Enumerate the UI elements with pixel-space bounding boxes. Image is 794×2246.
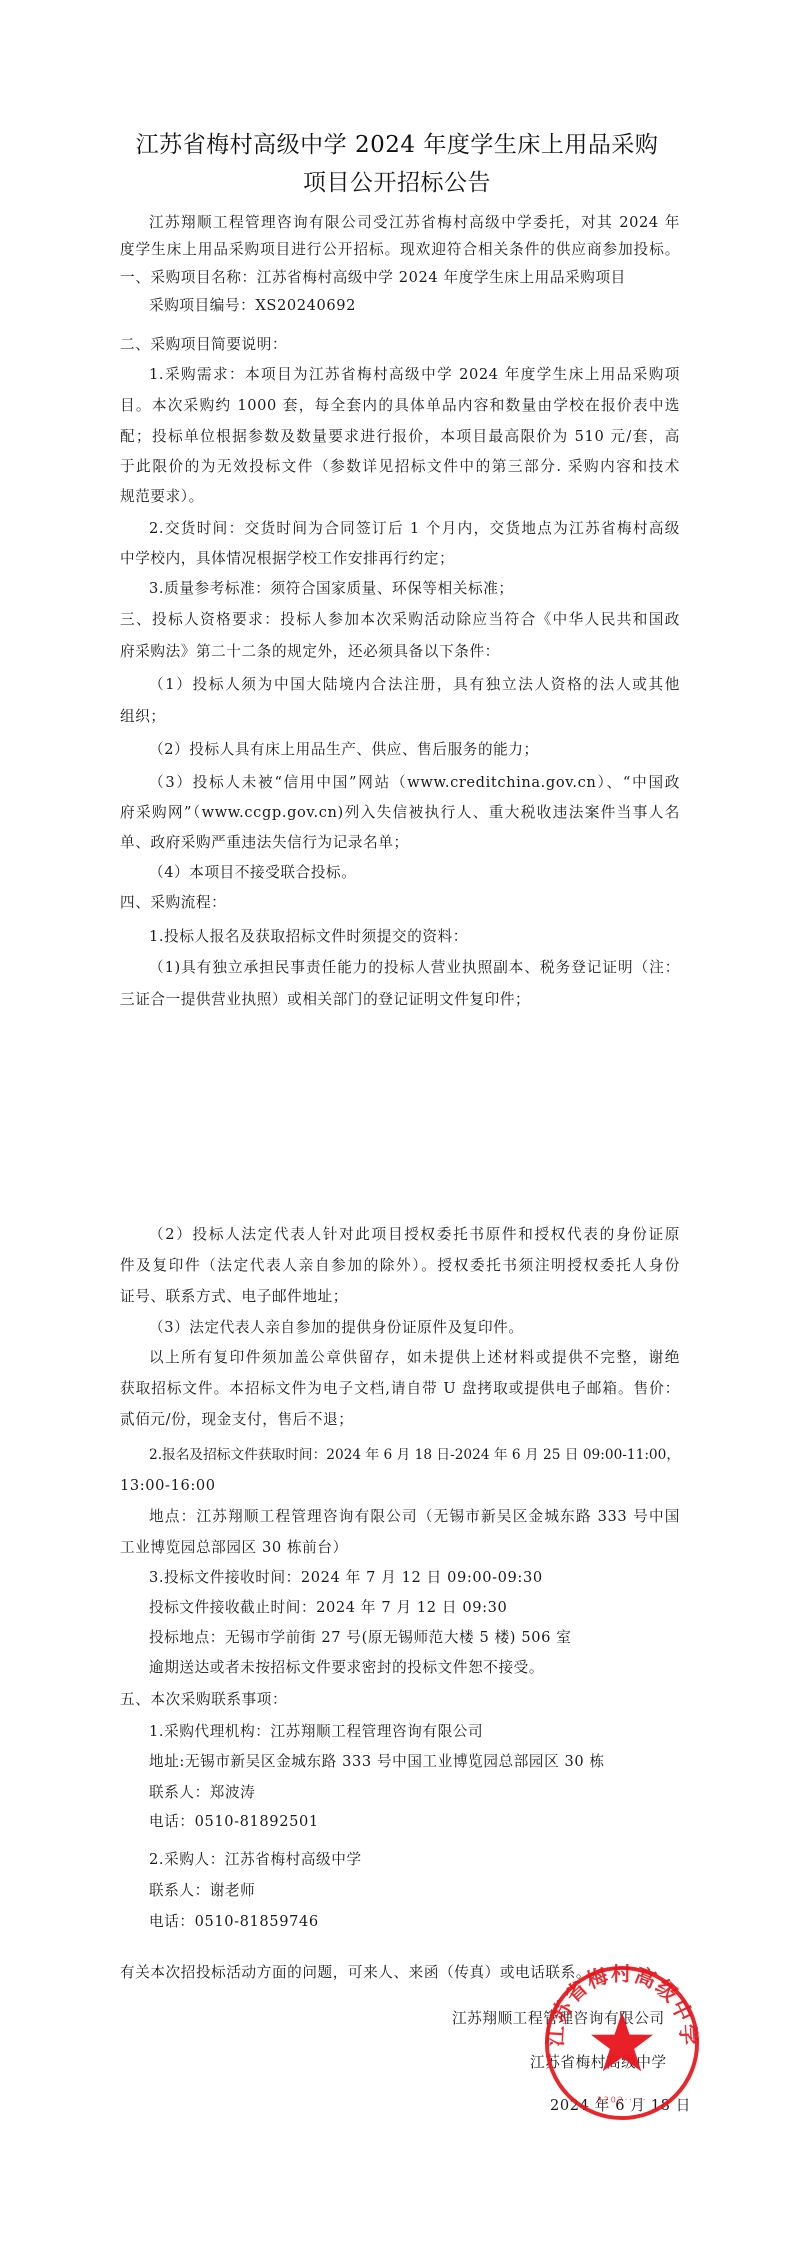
body-text-line: 2.报名及招标文件获取时间：2024 年 6 月 18 日-2024 年 6 月… [149,1445,680,1465]
page-title-line-2: 项目公开招标公告 [0,168,794,198]
body-text-line: 三、投标人资格要求：投标人参加本次采购活动除应当符合《中华人民共和国政 [120,610,680,630]
official-seal-stamp-icon: 江苏省梅村高级中学 3202····· [543,1964,701,2122]
body-text-line: （3）投标人未被“信用中国”网站（www.creditchina.gov.cn）… [149,773,680,793]
body-text-line: 1.采购代理机构：江苏翔顺工程管理咨询有限公司 [149,1722,680,1742]
body-text-line: 一、采购项目名称：江苏省梅村高级中学 2024 年度学生床上用品采购项目 [120,268,680,288]
body-text-line: 采购项目编号：XS20240692 [149,296,680,316]
page-title-line-1: 江苏省梅村高级中学 2024 年度学生床上用品采购 [0,130,794,160]
body-text-line: （2）投标人具有床上用品生产、供应、售后服务的能力； [149,740,680,760]
body-text-line: 配；投标单位根据参数及数量要求进行报价，本项目最高限价为 510 元/套，高 [120,427,680,447]
body-text-line: 五、本次采购联系事项： [120,1690,680,1710]
body-text-line: 府采购法》第二十二条的规定外，还必须具备以下条件： [120,642,680,662]
body-text-line: 目。本次采购约 1000 套，每全套内的具体单品内容和数量由学校在报价表中选 [120,396,680,416]
body-text-line: 以上所有复印件须加盖公章供留存，如未提供上述材料或提供不完整，谢绝 [149,1348,680,1368]
body-text-line: 单、政府采购严重违法失信行为记录名单； [120,833,680,853]
body-text-line: 投标文件接收截止时间：2024 年 7 月 12 日 09:30 [149,1598,680,1618]
body-text-line: 江苏翔顺工程管理咨询有限公司受江苏省梅村高级中学委托，对其 2024 年 [149,213,680,233]
body-text-line: 中学校内，具体情况根据学校工作安排再行约定； [120,549,680,569]
body-text-line: 1.采购需求：本项目为江苏省梅村高级中学 2024 年度学生床上用品采购项 [149,365,680,385]
body-text-line: 投标地点：无锡市学前街 27 号(原无锡师范大楼 5 楼) 506 室 [149,1628,680,1648]
body-text-line: 府采购网”（www.ccgp.gov.cn)列入失信被执行人、重大税收违法案件当… [120,803,680,823]
body-text-line: 3.质量参考标准：须符合国家质量、环保等相关标准； [149,579,680,599]
body-text-line: 件及复印件（法定代表人亲自参加的除外）。授权委托书须注明授权委托人身份 [120,1256,680,1276]
body-text-line: 电话：0510-81892501 [149,1812,680,1832]
body-text-line: 1.投标人报名及获取招标文件时须提交的资料： [149,927,680,947]
svg-text:3202·····: 3202····· [597,2095,647,2104]
announcement-page: 江苏省梅村高级中学 2024 年度学生床上用品采购 项目公开招标公告 江苏翔顺工… [0,0,794,2246]
body-text-line: 电话：0510-81859746 [149,1912,680,1932]
body-text-line: 证号、联系方式、电子邮件地址； [120,1287,680,1307]
body-text-line: （4）本项目不接受联合投标。 [149,863,680,883]
body-text-line: 二、采购项目简要说明： [120,335,680,355]
body-text-line: 三证合一提供营业执照）或相关部门的登记证明文件复印件； [120,990,680,1010]
body-text-line: 工业博览园总部园区 30 栋前台） [120,1538,680,1558]
body-text-line: 地址:无锡市新吴区金城东路 333 号中国工业博览园总部园区 30 栋 [149,1752,680,1772]
body-text-line: （1）投标人须为中国大陆境内合法注册，具有独立法人资格的法人或其他 [149,675,680,695]
body-text-line: 四、采购流程： [120,893,680,913]
body-text-line: 于此限价的为无效投标文件（参数详见招标文件中的第三部分. 采购内容和技术 [120,457,680,477]
body-text-line: （3）法定代表人亲自参加的提供身份证原件及复印件。 [149,1318,680,1338]
body-text-line: 联系人：郑波涛 [149,1783,680,1803]
body-text-line: 组织； [120,707,680,727]
body-text-line: 地点：江苏翔顺工程管理咨询有限公司（无锡市新吴区金城东路 333 号中国 [149,1507,680,1527]
body-text-line: 13:00-16:00 [120,1476,680,1496]
body-text-line: 2.采购人：江苏省梅村高级中学 [149,1850,680,1870]
body-text-line: 规范要求）。 [120,487,680,507]
body-text-line: 贰佰元/份，现金支付，售后不退； [120,1410,680,1430]
body-text-line: 逾期送达或者未按招标文件要求密封的投标文件恕不接受。 [149,1658,680,1678]
body-text-line: 获取招标文件。本招标文件为电子文档,请自带 U 盘拷取或提供电子邮箱。售价： [120,1379,680,1399]
body-text-line: 度学生床上用品采购项目进行公开招标。现欢迎符合相关条件的供应商参加投标。 [120,240,680,260]
body-text-line: （2）投标人法定代表人针对此项目授权委托书原件和授权代表的身份证原 [149,1225,680,1245]
body-text-line: 2.交货时间：交货时间为合同签订后 1 个月内，交货地点为江苏省梅村高级 [149,519,680,539]
body-text-line: 3.投标文件接收时间：2024 年 7 月 12 日 09:00-09:30 [149,1568,680,1588]
body-text-line: （1)具有独立承担民事责任能力的投标人营业执照副本、税务登记证明（注： [149,958,680,978]
body-text-line: 联系人：谢老师 [149,1881,680,1901]
